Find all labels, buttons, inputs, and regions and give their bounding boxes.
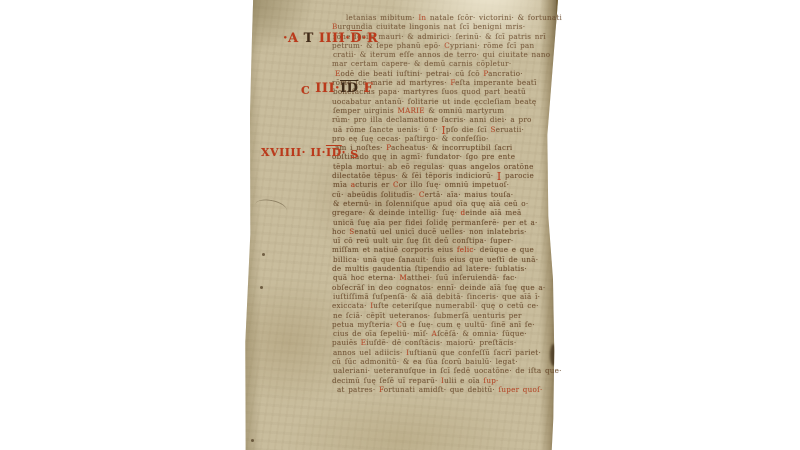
ink-dot bbox=[260, 286, 263, 289]
manuscript-text-line: pauiēs Eiuſdē· dē conſtācis· maiorū· pre… bbox=[332, 338, 554, 347]
ink-text: uſte ceteriſque numerabil· quę o cetū ce… bbox=[373, 301, 538, 310]
ink-text: annos uel adiicis· bbox=[333, 348, 406, 357]
ink-text: quā hoc eterna· bbox=[333, 273, 399, 282]
ink-text: ancratio· bbox=[488, 69, 523, 78]
manuscript-text-line: & eternū· in ſolenniſque apud oīa quę aī… bbox=[333, 199, 554, 208]
ink-text: ne ſciā· cēpīt ueteranos· ſubmerſā uentu… bbox=[333, 311, 522, 320]
ink-text: natale ſcōr· victorini· & fortunati bbox=[426, 13, 562, 22]
ink-text: acheatus· & incorruptibil ſacri bbox=[391, 143, 512, 152]
ink-text: eſta imperante beatī bbox=[455, 78, 536, 87]
rubric-text: ſuper quoſ· bbox=[498, 385, 542, 394]
ink-text: cū ſūc admonitū· & ea ſūa ſcorū baiulū· … bbox=[332, 357, 518, 366]
ink-text: ſcēſā· & omnia· ſūque· bbox=[437, 329, 527, 338]
rubric-text: S bbox=[350, 148, 358, 161]
ink-text: pauiēs bbox=[332, 338, 361, 347]
manuscript-text-line: cius de oīa ſepeliū· mīſ· Aſcēſā· & omni… bbox=[333, 329, 554, 338]
ink-text: ertā· aīa· maius touſa· bbox=[425, 190, 514, 199]
manuscript-text-line: mar certam capere· & demū carnis cōpletu… bbox=[332, 59, 554, 68]
manuscript-text-line: obſtinado quę in agmī· fundator· ſgo pre… bbox=[332, 152, 554, 161]
ink-text: rūm· pro illa declamatione ſacris· anni … bbox=[332, 115, 532, 124]
ink-text: enatū uel unicī ducē uelles· non inlateb… bbox=[354, 227, 526, 236]
ink-text: & eternū· in ſolenniſque apud oīa quę aī… bbox=[333, 199, 528, 208]
manuscript-text-line: dilectatōe tēpus· & ſēi tēporis indicior… bbox=[332, 171, 554, 180]
rubric-text: ·R bbox=[362, 31, 378, 46]
ink-text: cturis er bbox=[355, 180, 393, 189]
marginal-calendar-note: ·A T IIII·D·R bbox=[283, 31, 378, 46]
manuscript-text-line: letanias mibitum· In natale ſcōr· victor… bbox=[333, 13, 554, 22]
manuscript-text-line: exiccata· Iuſte ceteriſque numerabil· qu… bbox=[332, 301, 554, 310]
ink-text: uocabatur antanū· ſolitarie ut inde ęccl… bbox=[332, 97, 536, 106]
rubric-text: A bbox=[288, 31, 299, 46]
ink-text: obſtinado quę in agmī· fundator· ſgo pre… bbox=[332, 152, 515, 161]
manuscript-text-line: ſemper uirginis MARIE & omniū martyrum bbox=[333, 106, 554, 115]
manuscript-text-line: annos uel adiicis· Iuſtianū que confeſſū… bbox=[333, 348, 554, 357]
ink-text: decimū ſuę ſeſē uī reparū· bbox=[332, 376, 441, 385]
ink-text: cū· abeūdis ſolitudīs· bbox=[332, 190, 419, 199]
manuscript-text-line: ualeriani· ueteranuſque in ſcī ſedē uoca… bbox=[333, 366, 554, 375]
ink-text: uā rōme ſancte uenis· ū ſ· bbox=[333, 125, 441, 134]
ink-text: pſo die ſcī bbox=[446, 125, 491, 134]
main-text-column: letanias mibitum· In natale ſcōr· victor… bbox=[332, 13, 554, 394]
ink-text: parocie bbox=[501, 171, 534, 180]
marginal-calendar-note: XVIIII· II·ID· S bbox=[261, 146, 359, 160]
manuscript-text-line: Eodē die beati iuſtini· petrai· cū ſcō P… bbox=[333, 69, 554, 78]
ink-text: iuſtiſſimā ſuſpenſā· & aīā debitā· ſince… bbox=[333, 292, 540, 301]
rubric-text: ID bbox=[326, 146, 342, 159]
rubric-text: M bbox=[399, 273, 407, 282]
manuscript-text-line: quā hoc eterna· Matthei· ſuū inſeruiendā… bbox=[333, 273, 554, 282]
manuscript-text-line: tēpla mortui· ab eō regulas· quas angelo… bbox=[333, 162, 554, 171]
manuscript-text-line: pro eę ſuę cecas· paſtirgo· & confeſſio· bbox=[332, 134, 554, 143]
ink-dot bbox=[262, 253, 265, 256]
ink-dot bbox=[251, 439, 254, 442]
manuscript-text-line: mīa acturis er Cor illo ſuę· omniū impet… bbox=[333, 180, 554, 189]
ink-text: einde aīā meā bbox=[465, 208, 521, 217]
ink-text: eruatii· bbox=[496, 125, 524, 134]
ink-text: mīa bbox=[333, 180, 351, 189]
ink-text: ID bbox=[340, 81, 358, 96]
manuscript-text-line: miſſam et natiuē corporis eius felic· de… bbox=[332, 245, 554, 254]
ink-text: ortunati amidſt· que debitū· bbox=[384, 385, 499, 394]
manuscript-text-line: decimū ſuę ſeſē uī reparū· Iulii e oīa ſ… bbox=[332, 376, 554, 385]
ink-text: ulii e oīa bbox=[444, 376, 483, 385]
ink-text: unicā ſuę aīa per fidei ſolidę permanſer… bbox=[333, 218, 538, 227]
ink-text: de multis gaudentia ſtipendio ad latere·… bbox=[332, 264, 527, 273]
manuscript-text-line: gregare· & deinde intellig· ſuę· deinde … bbox=[332, 208, 554, 217]
manuscript-text-line: iuſtiſſimā ſuſpenſā· & aīā debitā· ſince… bbox=[333, 292, 554, 301]
rubric-text: D bbox=[350, 31, 362, 46]
rubric-text: ſup· bbox=[483, 376, 498, 385]
ink-text: dilectatōe tēpus· & ſēi tēporis indicior… bbox=[332, 171, 497, 180]
manuscript-text-line: hoc Senatū uel unicī ducē uelles· non in… bbox=[332, 227, 554, 236]
ink-text: exiccata· bbox=[332, 301, 370, 310]
marginal-calendar-note: C III·ID F bbox=[301, 81, 373, 96]
ink-text: atthei· ſuū inſeruiendā· fac· bbox=[407, 273, 517, 282]
ink-text: hoc bbox=[332, 227, 349, 236]
manuscript-text-line: cratii· & iterum eſſe annos de terro· qu… bbox=[333, 50, 554, 59]
rubric-text: XVIIII· bbox=[261, 146, 310, 159]
manuscript-text-line: uī cō reū uult uir ſuę ſit deū conſtipa·… bbox=[333, 236, 554, 245]
manuscript-text-line: de multis gaudentia ſtipendio ad latere·… bbox=[332, 264, 554, 273]
ink-text: uī cō reū uult uir ſuę ſit deū conſtipa·… bbox=[333, 236, 513, 245]
ink-text: tēpla mortui· ab eō regulas· quas angelo… bbox=[333, 162, 534, 171]
manuscript-text-line: at patres· Fortunati amidſt· que debitū·… bbox=[333, 385, 554, 394]
rubric-text: · bbox=[342, 146, 351, 159]
ink-text: iuſdē· dē conſtācis· maiorū· preſtācis· bbox=[366, 338, 516, 347]
rubric-text: MARIE bbox=[397, 106, 424, 115]
manuscript-text-line: uocabatur antanū· ſolitarie ut inde ęccl… bbox=[332, 97, 554, 106]
ink-text: urgundia ciuitate lingonis nat ſcī benig… bbox=[338, 22, 526, 31]
ink-text: miſſam et natiuē corporis eius bbox=[332, 245, 457, 254]
rubric-text: II· bbox=[310, 146, 326, 159]
ink-text: cratii· & iterum eſſe annos de terro· qu… bbox=[333, 50, 550, 59]
manuscript-text-line: obſecrāſ in deo cognatos· ennī· deinde a… bbox=[332, 283, 554, 292]
ink-text: pro eę ſuę cecas· paſtirgo· & confeſſio· bbox=[332, 134, 489, 143]
rubric-text: felic bbox=[457, 245, 474, 254]
parchment-crease bbox=[254, 197, 288, 218]
ink-text: gregare· & deinde intellig· ſuę· bbox=[332, 208, 461, 217]
ink-text: ualeriani· ueteranuſque in ſcī ſedē uoca… bbox=[333, 366, 562, 375]
ink-text: odē die beati iuſtini· petrai· cū ſcō bbox=[341, 69, 484, 78]
manuscript-text-line: petua myſteria· Cū e ſuę· cum ę uultū· ſ… bbox=[332, 320, 554, 329]
ink-text: & omniū martyrum bbox=[425, 106, 505, 115]
manuscript-text-line: am i noſtes· Pacheatus· & incorruptibil … bbox=[333, 143, 554, 152]
ink-text: at patres· bbox=[337, 385, 379, 394]
ink-text: petua myſteria· bbox=[332, 320, 396, 329]
rubric-text: III· bbox=[310, 81, 340, 96]
ink-text: billica· unā que ſanauit· ſuis eius que … bbox=[333, 255, 538, 264]
ink-text: T bbox=[304, 31, 314, 46]
rubric-text: C bbox=[301, 84, 310, 97]
manuscript-text-line: cū ſūc admonitū· & ea ſūa ſcorū baiulū· … bbox=[332, 357, 554, 366]
ink-text: · deūque e que bbox=[474, 245, 534, 254]
rubric-text: F bbox=[358, 81, 373, 96]
ink-text: ypriani· rōme ſcī pan bbox=[450, 41, 534, 50]
manuscript-photo: letanias mibitum· In natale ſcōr· victor… bbox=[0, 0, 800, 450]
ink-text: or illo ſuę· omniū impetuoſ· bbox=[399, 180, 509, 189]
ink-text: letanias mibitum· bbox=[346, 13, 418, 22]
manuscript-text-line: billica· unā que ſanauit· ſuis eius que … bbox=[333, 255, 554, 264]
ink-text: mar certam capere· & demū carnis cōpletu… bbox=[332, 59, 511, 68]
manuscript-text-line: uā rōme ſancte uenis· ū ſ· Ipſo die ſcī … bbox=[333, 125, 554, 134]
manuscript-text-line: ne ſciā· cēpīt ueteranos· ſubmerſā uentu… bbox=[333, 311, 554, 320]
manuscript-text-line: cū· abeūdis ſolitudīs· Certā· aīa· maius… bbox=[332, 190, 554, 199]
manuscript-text-line: unicā ſuę aīa per fidei ſolidę permanſer… bbox=[333, 218, 554, 227]
ink-text: cius de oīa ſepeliū· mīſ· bbox=[333, 329, 432, 338]
ink-text: ū e ſuę· cum ę uultū· ſinē anī ſe· bbox=[402, 320, 535, 329]
rubric-text: IIII· bbox=[314, 31, 350, 46]
ink-text: obſecrāſ in deo cognatos· ennī· deinde a… bbox=[332, 283, 545, 292]
ink-text: uſtianū que confeſſū ſacrī pariet· bbox=[409, 348, 541, 357]
ink-text: ſemper uirginis bbox=[333, 106, 397, 115]
